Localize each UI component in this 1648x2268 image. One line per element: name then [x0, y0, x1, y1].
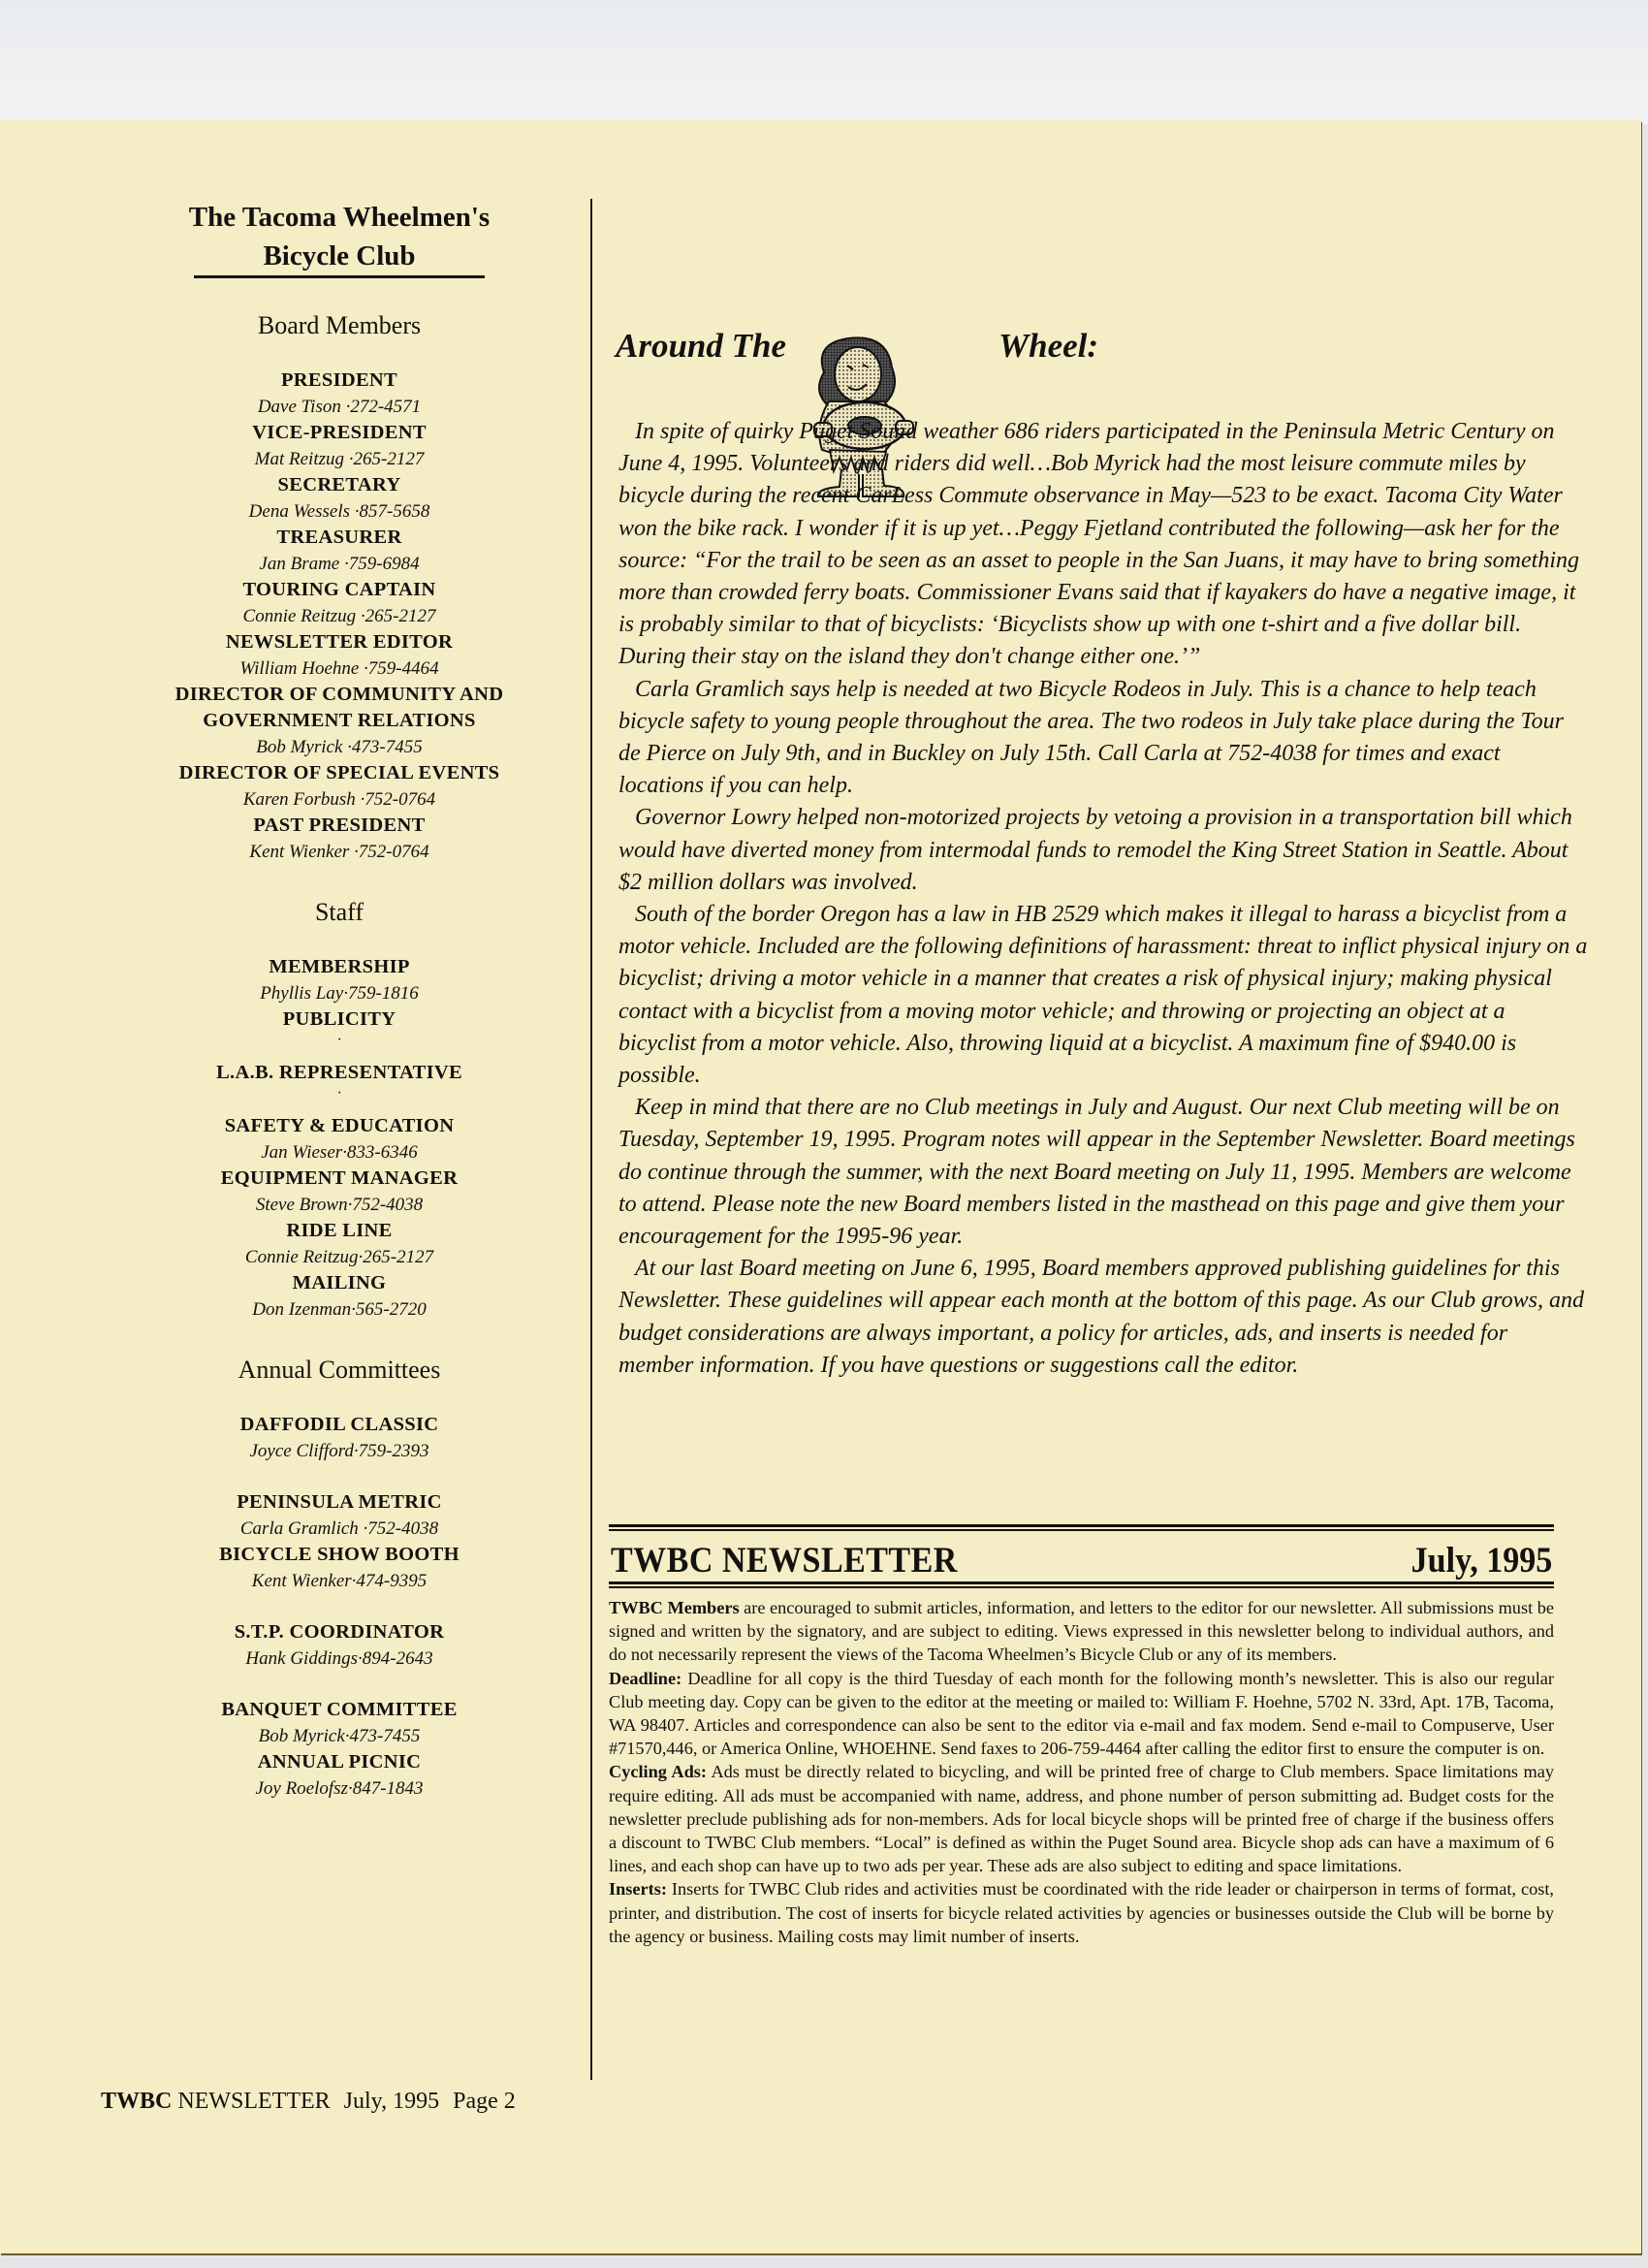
role-title: BANQUET COMMITTEE — [126, 1697, 553, 1723]
guideline-lead: Deadline: — [609, 1669, 681, 1688]
role-title: SAFETY & EDUCATION — [126, 1113, 553, 1139]
guideline-paragraph: Inserts: Inserts for TWBC Club rides and… — [609, 1877, 1554, 1948]
role-title: PRESIDENT — [126, 367, 553, 394]
member-name-phone: Mat Reitzug ·265-2127 — [126, 446, 553, 472]
guideline-paragraph: Deadline: Deadline for all copy is the t… — [609, 1667, 1554, 1761]
member-name-phone: Jan Brame ·759-6984 — [126, 551, 553, 577]
guideline-text: Ads must be directly related to bicyclin… — [609, 1762, 1554, 1875]
guideline-lead: TWBC Members — [609, 1598, 740, 1617]
column-divider — [590, 199, 592, 2080]
role-title: TREASURER — [126, 525, 553, 551]
role-title: PUBLICITY — [126, 1006, 553, 1033]
spacer — [126, 1594, 553, 1619]
article-paragraph: South of the border Oregon has a law in … — [618, 899, 1588, 1092]
around-the-wheel-header: Around The — [616, 198, 1585, 382]
role-title: L.A.B. REPRESENTATIVE — [126, 1060, 553, 1086]
staff-heading: Staff — [126, 898, 553, 927]
article-paragraph: Keep in mind that there are no Club meet… — [618, 1092, 1588, 1253]
newsletter-date: July, 1995 — [1410, 1540, 1552, 1581]
role-title: PENINSULA METRIC — [126, 1489, 553, 1516]
member-name-phone: Hank Giddings·894-2643 — [126, 1645, 553, 1672]
role-title: PAST PRESIDENT — [126, 813, 553, 839]
footer-date: July, 1995 — [344, 2089, 439, 2114]
scanner-background — [0, 0, 1648, 124]
article-body: In spite of quirky Puget Sound weather 6… — [618, 416, 1588, 1382]
footer-label: NEWSLETTER — [177, 2089, 330, 2114]
club-title-line1: The Tacoma Wheelmen's — [126, 198, 553, 237]
role-title: DAFFODIL CLASSIC — [126, 1412, 553, 1438]
top-rule — [609, 1524, 1554, 1531]
role-title: EQUIPMENT MANAGER — [126, 1166, 553, 1192]
member-name-phone: Bob Myrick·473-7455 — [126, 1723, 553, 1749]
header-text-right: Wheel: — [998, 327, 1098, 366]
role-title: VICE-PRESIDENT — [126, 420, 553, 446]
member-name-phone: Connie Reitzug ·265-2127 — [126, 603, 553, 629]
article-paragraph: Carla Gramlich says help is needed at tw… — [618, 674, 1588, 803]
committees-list: DAFFODIL CLASSICJoyce Clifford·759-2393P… — [126, 1412, 553, 1802]
role-title: S.T.P. COORDINATOR — [126, 1619, 553, 1645]
bottom-rule — [609, 1581, 1554, 1588]
guideline-text: Deadline for all copy is the third Tuesd… — [609, 1669, 1554, 1759]
guideline-text: are encouraged to submit articles, infor… — [609, 1598, 1554, 1664]
staff-list: MEMBERSHIPPhyllis Lay·759-1816PUBLICITY·… — [126, 954, 553, 1323]
title-underline — [194, 275, 485, 278]
member-name-phone: Carla Gramlich ·752-4038 — [126, 1516, 553, 1542]
guideline-paragraph: TWBC Members are encouraged to submit ar… — [609, 1596, 1554, 1667]
board-members-heading: Board Members — [126, 311, 553, 340]
role-title: RIDE LINE — [126, 1218, 553, 1244]
role-title: MAILING — [126, 1270, 553, 1296]
vacant-marker: · — [126, 1033, 553, 1060]
member-name-phone: Dena Wessels ·857-5658 — [126, 498, 553, 525]
member-name-phone: Steve Brown·752-4038 — [126, 1192, 553, 1218]
guidelines-body: TWBC Members are encouraged to submit ar… — [609, 1596, 1554, 1948]
guideline-text: Inserts for TWBC Club rides and activiti… — [609, 1879, 1554, 1945]
footer-publication: TWBC — [101, 2089, 172, 2114]
member-name-phone: Kent Wienker·474-9395 — [126, 1568, 553, 1594]
member-name-phone: Jan Wieser·833-6346 — [126, 1139, 553, 1166]
role-title: ANNUAL PICNIC — [126, 1749, 553, 1775]
member-name-phone: Karen Forbush ·752-0764 — [126, 786, 553, 813]
vacant-marker: · — [126, 1086, 553, 1113]
newsletter-page: The Tacoma Wheelmen's Bicycle Club Board… — [0, 120, 1641, 2253]
member-name-phone: William Hoehne ·759-4464 — [126, 655, 553, 682]
footer-page-number: Page 2 — [453, 2089, 516, 2114]
page-footer: TWBC NEWSLETTER July, 1995 Page 2 — [101, 2089, 516, 2115]
spacer — [126, 1672, 553, 1697]
role-title: MEMBERSHIP — [126, 954, 553, 980]
spacer — [126, 1464, 553, 1489]
member-name-phone: Joy Roelofsz·847-1843 — [126, 1775, 553, 1802]
guideline-lead: Cycling Ads: — [609, 1762, 707, 1781]
club-title-line2: Bicycle Club — [126, 237, 553, 275]
newsletter-title: TWBC NEWSLETTER — [611, 1540, 958, 1581]
role-title: DIRECTOR OF SPECIAL EVENTS — [126, 760, 553, 786]
member-name-phone: Phyllis Lay·759-1816 — [126, 980, 553, 1006]
member-name-phone: Connie Reitzug·265-2127 — [126, 1244, 553, 1270]
role-title: TOURING CAPTAIN — [126, 577, 553, 603]
member-name-phone: Don Izenman·565-2720 — [126, 1296, 553, 1323]
role-title: SECRETARY — [126, 472, 553, 498]
board-list: PRESIDENTDave Tison ·272-4571VICE-PRESID… — [126, 367, 553, 865]
article-paragraph: Governor Lowry helped non-motorized proj… — [618, 802, 1588, 899]
committees-heading: Annual Committees — [126, 1356, 553, 1385]
role-title: NEWSLETTER EDITOR — [126, 629, 553, 655]
guideline-paragraph: Cycling Ads: Ads must be directly relate… — [609, 1760, 1554, 1877]
role-title: DIRECTOR OF COMMUNITY AND GOVERNMENT REL… — [145, 682, 533, 734]
article-paragraph: In spite of quirky Puget Sound weather 6… — [618, 416, 1588, 674]
member-name-phone: Kent Wienker ·752-0764 — [126, 839, 553, 865]
newsletter-guidelines-box: TWBC NEWSLETTER July, 1995 TWBC Members … — [609, 1524, 1554, 1948]
masthead: The Tacoma Wheelmen's Bicycle Club Board… — [126, 198, 553, 1802]
member-name-phone: Dave Tison ·272-4571 — [126, 394, 553, 420]
article-paragraph: At our last Board meeting on June 6, 199… — [618, 1253, 1588, 1382]
member-name-phone: Joyce Clifford·759-2393 — [126, 1438, 553, 1464]
header-text-left: Around The — [616, 327, 786, 366]
guideline-lead: Inserts: — [609, 1879, 667, 1899]
role-title: BICYCLE SHOW BOOTH — [126, 1542, 553, 1568]
member-name-phone: Bob Myrick ·473-7455 — [126, 734, 553, 760]
